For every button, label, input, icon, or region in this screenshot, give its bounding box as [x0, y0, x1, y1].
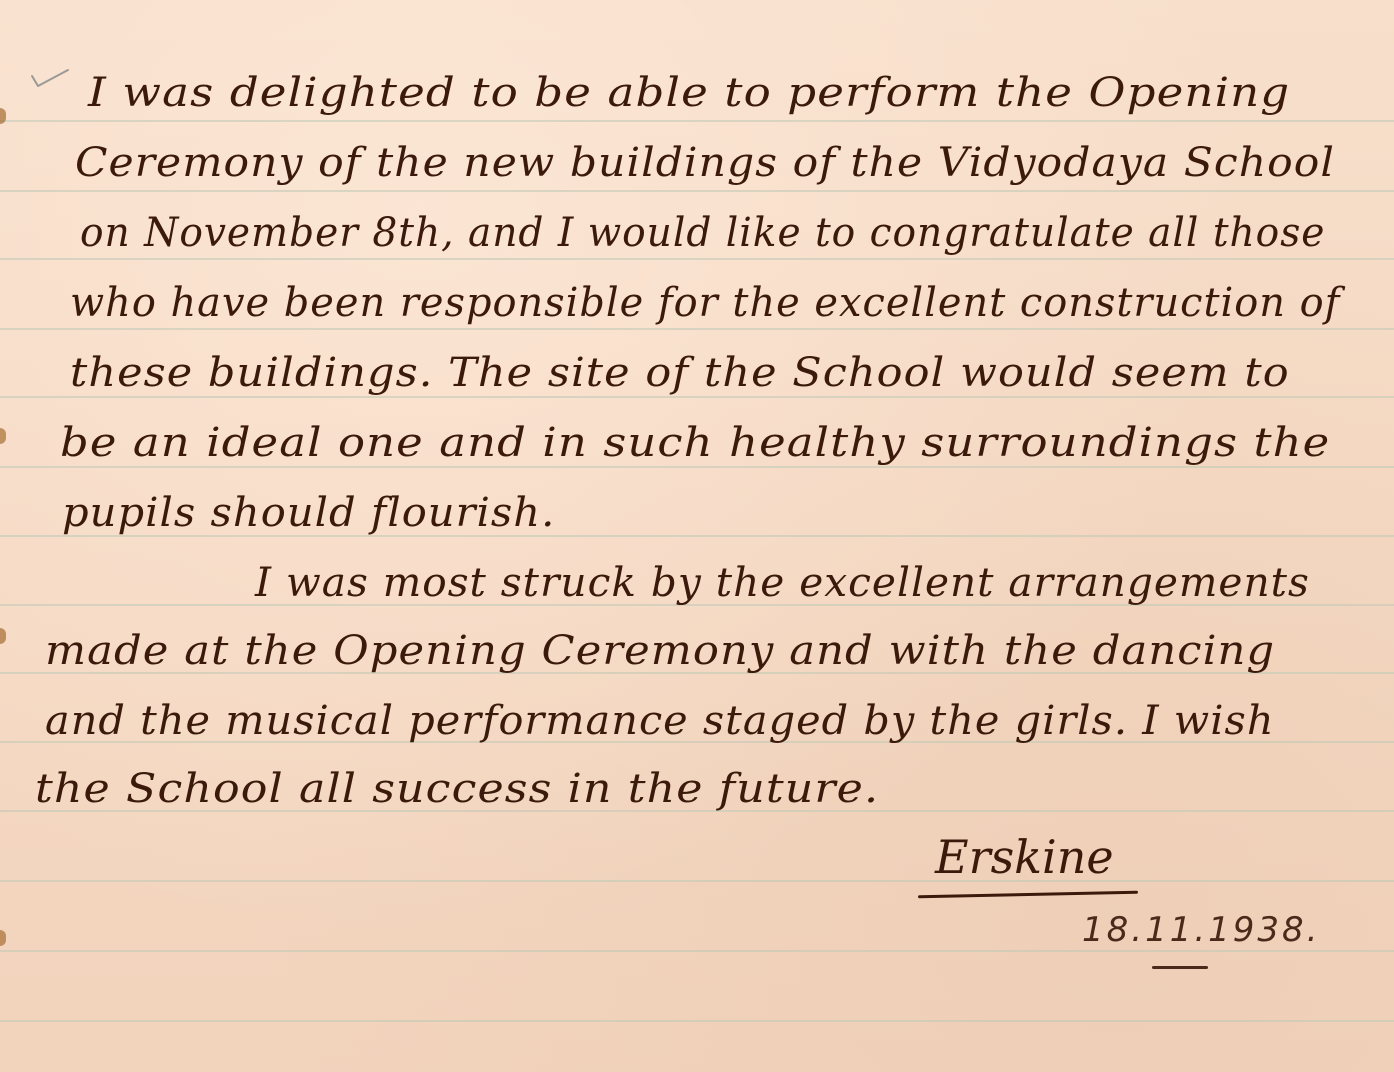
letter-line: I was delighted to be able to perform th… — [88, 70, 1290, 116]
letter-line: pupils should flourish. — [62, 490, 555, 536]
binding-mark — [0, 428, 6, 444]
letter-line: and the musical performance staged by th… — [45, 698, 1275, 744]
ruled-line — [0, 190, 1394, 192]
pencil-check-icon — [30, 68, 70, 90]
binding-mark — [0, 930, 6, 946]
binding-mark — [0, 628, 6, 644]
ruled-line — [0, 120, 1394, 122]
ruled-line — [0, 328, 1394, 330]
date-underline — [1152, 966, 1208, 969]
letter-line: Ceremony of the new buildings of the Vid… — [75, 140, 1335, 186]
letter-line: who have been responsible for the excell… — [70, 280, 1340, 326]
letter-line: I was most struck by the excellent arran… — [255, 560, 1310, 606]
letter-line: made at the Opening Ceremony and with th… — [45, 628, 1275, 674]
signature-underline — [918, 891, 1138, 899]
ruled-line — [0, 880, 1394, 882]
letter-line: be an ideal one and in such healthy surr… — [60, 420, 1330, 466]
ruled-line — [0, 396, 1394, 398]
ruled-line — [0, 950, 1394, 952]
ruled-line — [0, 466, 1394, 468]
signature: Erskine — [935, 830, 1114, 884]
letter-date: 18.11.1938. — [1082, 910, 1320, 950]
letter-line: on November 8th, and I would like to con… — [80, 210, 1325, 256]
letter-page: I was delighted to be able to perform th… — [0, 0, 1394, 1072]
letter-line: the School all success in the future. — [35, 766, 879, 812]
letter-line: these buildings. The site of the School … — [70, 350, 1290, 396]
ruled-line — [0, 1020, 1394, 1022]
ruled-line — [0, 258, 1394, 260]
